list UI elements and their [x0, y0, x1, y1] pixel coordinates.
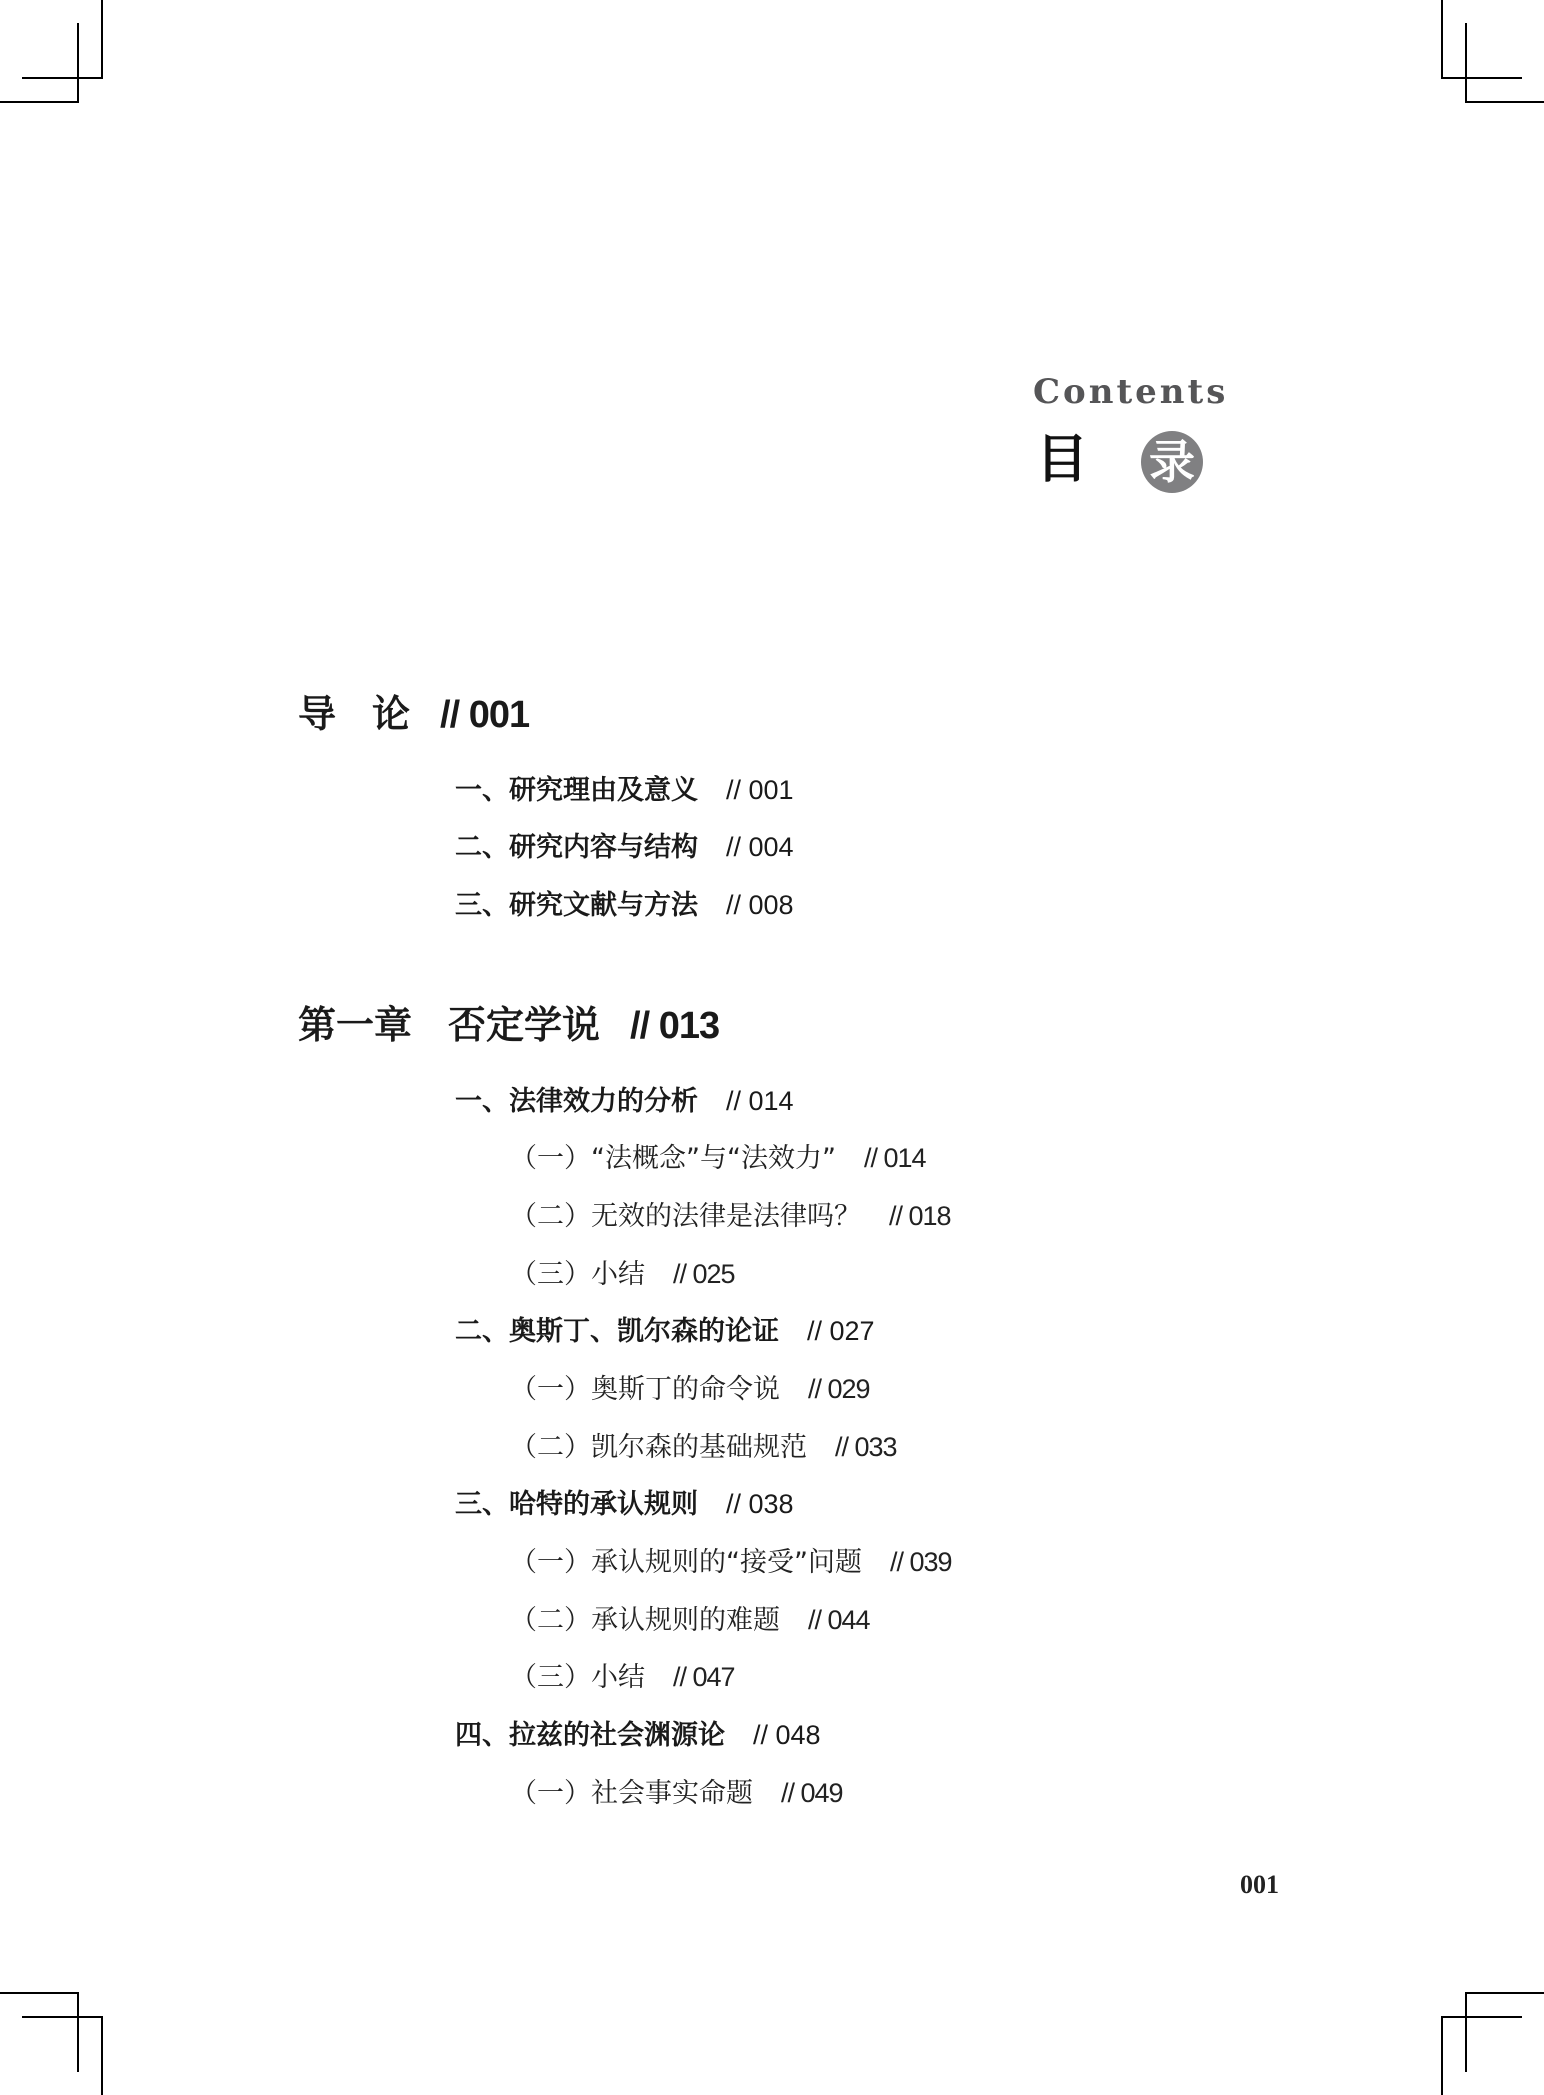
toc-section[interactable]: 一、研究理由及意义// 001 — [455, 777, 794, 804]
page-ref: // 008 — [726, 890, 794, 920]
subsection-title: （二）凯尔森的基础规范 — [510, 1432, 807, 1463]
subsection-title: （一）承认规则的“接受”问题 — [510, 1547, 862, 1578]
toc-section[interactable]: 一、法律效力的分析// 014 — [455, 1088, 794, 1115]
chapter-title: 论 — [372, 691, 410, 736]
crop-mark — [1465, 23, 1467, 103]
toc-subsection[interactable]: （二）凯尔森的基础规范// 033 — [510, 1434, 897, 1461]
section-title: 二、奥斯丁、凯尔森的论证 — [455, 1316, 779, 1347]
toc-subsection[interactable]: （二）无效的法律是法律吗？// 018 — [510, 1203, 951, 1230]
toc-chapter-1[interactable]: 第一章否定学说// 013 — [298, 1006, 719, 1045]
crop-mark — [0, 1992, 79, 1994]
section-title: 一、法律效力的分析 — [455, 1086, 698, 1117]
crop-mark — [1441, 2016, 1443, 2095]
crop-mark — [22, 77, 103, 79]
crop-mark — [1465, 1992, 1544, 1994]
crop-mark — [0, 101, 79, 103]
toc-section[interactable]: 三、哈特的承认规则// 038 — [455, 1491, 794, 1518]
subsection-title: （二）承认规则的难题 — [510, 1605, 780, 1636]
crop-mark — [1465, 1992, 1467, 2072]
section-title: 四、拉兹的社会渊源论 — [455, 1720, 725, 1751]
section-title: 二、研究内容与结构 — [455, 832, 698, 863]
page-ref: // 044 — [808, 1605, 870, 1635]
toc-chapter-intro[interactable]: 导论// 001 — [298, 695, 529, 734]
subsection-title: （三）小结 — [510, 1259, 645, 1290]
page-ref: // 001 — [440, 694, 529, 736]
section-title: 三、哈特的承认规则 — [455, 1489, 698, 1520]
crop-mark — [1441, 0, 1443, 79]
subsection-title: （一）奥斯丁的命令说 — [510, 1374, 780, 1405]
chapter-label: 第一章 — [298, 1002, 412, 1047]
toc-subsection[interactable]: （一）社会事实命题// 049 — [510, 1780, 843, 1807]
page-ref: // 038 — [726, 1489, 794, 1519]
chapter-title: 否定学说 — [448, 1002, 600, 1047]
crop-mark — [1441, 2016, 1522, 2018]
page-ref: // 004 — [726, 832, 794, 862]
contents-title-zh-mu: 目 — [1036, 430, 1088, 490]
subsection-title: （三）小结 — [510, 1662, 645, 1693]
crop-mark — [77, 23, 79, 103]
page-ref: // 018 — [889, 1201, 951, 1231]
page-ref: // 013 — [630, 1005, 719, 1047]
page-ref: // 014 — [864, 1143, 926, 1173]
crop-mark — [1465, 101, 1544, 103]
toc-subsection[interactable]: （一）“法概念”与“法效力”// 014 — [510, 1145, 926, 1172]
page-number: 001 — [1240, 1870, 1279, 1900]
page-ref: // 033 — [835, 1432, 897, 1462]
section-title: 一、研究理由及意义 — [455, 775, 698, 806]
subsection-title: （一）“法概念”与“法效力” — [510, 1143, 836, 1174]
toc-section[interactable]: 三、研究文献与方法// 008 — [455, 892, 794, 919]
page-ref: // 001 — [726, 775, 794, 805]
subsection-title: （一）社会事实命题 — [510, 1778, 753, 1809]
page-ref: // 027 — [807, 1316, 875, 1346]
page-ref: // 025 — [673, 1259, 735, 1289]
toc-subsection[interactable]: （三）小结// 025 — [510, 1261, 735, 1288]
section-title: 三、研究文献与方法 — [455, 890, 698, 921]
toc-section[interactable]: 二、研究内容与结构// 004 — [455, 834, 794, 861]
page-ref: // 047 — [673, 1662, 735, 1692]
toc-section[interactable]: 二、奥斯丁、凯尔森的论证// 027 — [455, 1318, 875, 1345]
page-ref: // 049 — [781, 1778, 843, 1808]
crop-mark — [22, 2016, 103, 2018]
page-ref: // 048 — [753, 1720, 821, 1750]
contents-title-en: Contents — [1033, 372, 1228, 412]
toc-subsection[interactable]: （三）小结// 047 — [510, 1664, 735, 1691]
page-ref: // 029 — [808, 1374, 870, 1404]
toc-subsection[interactable]: （一）奥斯丁的命令说// 029 — [510, 1376, 870, 1403]
crop-mark — [101, 2016, 103, 2095]
toc-section[interactable]: 四、拉兹的社会渊源论// 048 — [455, 1722, 821, 1749]
subsection-title: （二）无效的法律是法律吗？ — [510, 1201, 861, 1232]
crop-mark — [1441, 77, 1522, 79]
crop-mark — [101, 0, 103, 79]
toc-subsection[interactable]: （一）承认规则的“接受”问题// 039 — [510, 1549, 952, 1576]
chapter-title: 导 — [298, 691, 336, 736]
page-ref: // 014 — [726, 1086, 794, 1116]
contents-title-zh-lu-badge: 录 — [1141, 431, 1203, 493]
crop-mark — [77, 1992, 79, 2072]
toc-subsection[interactable]: （二）承认规则的难题// 044 — [510, 1607, 870, 1634]
page-ref: // 039 — [890, 1547, 952, 1577]
